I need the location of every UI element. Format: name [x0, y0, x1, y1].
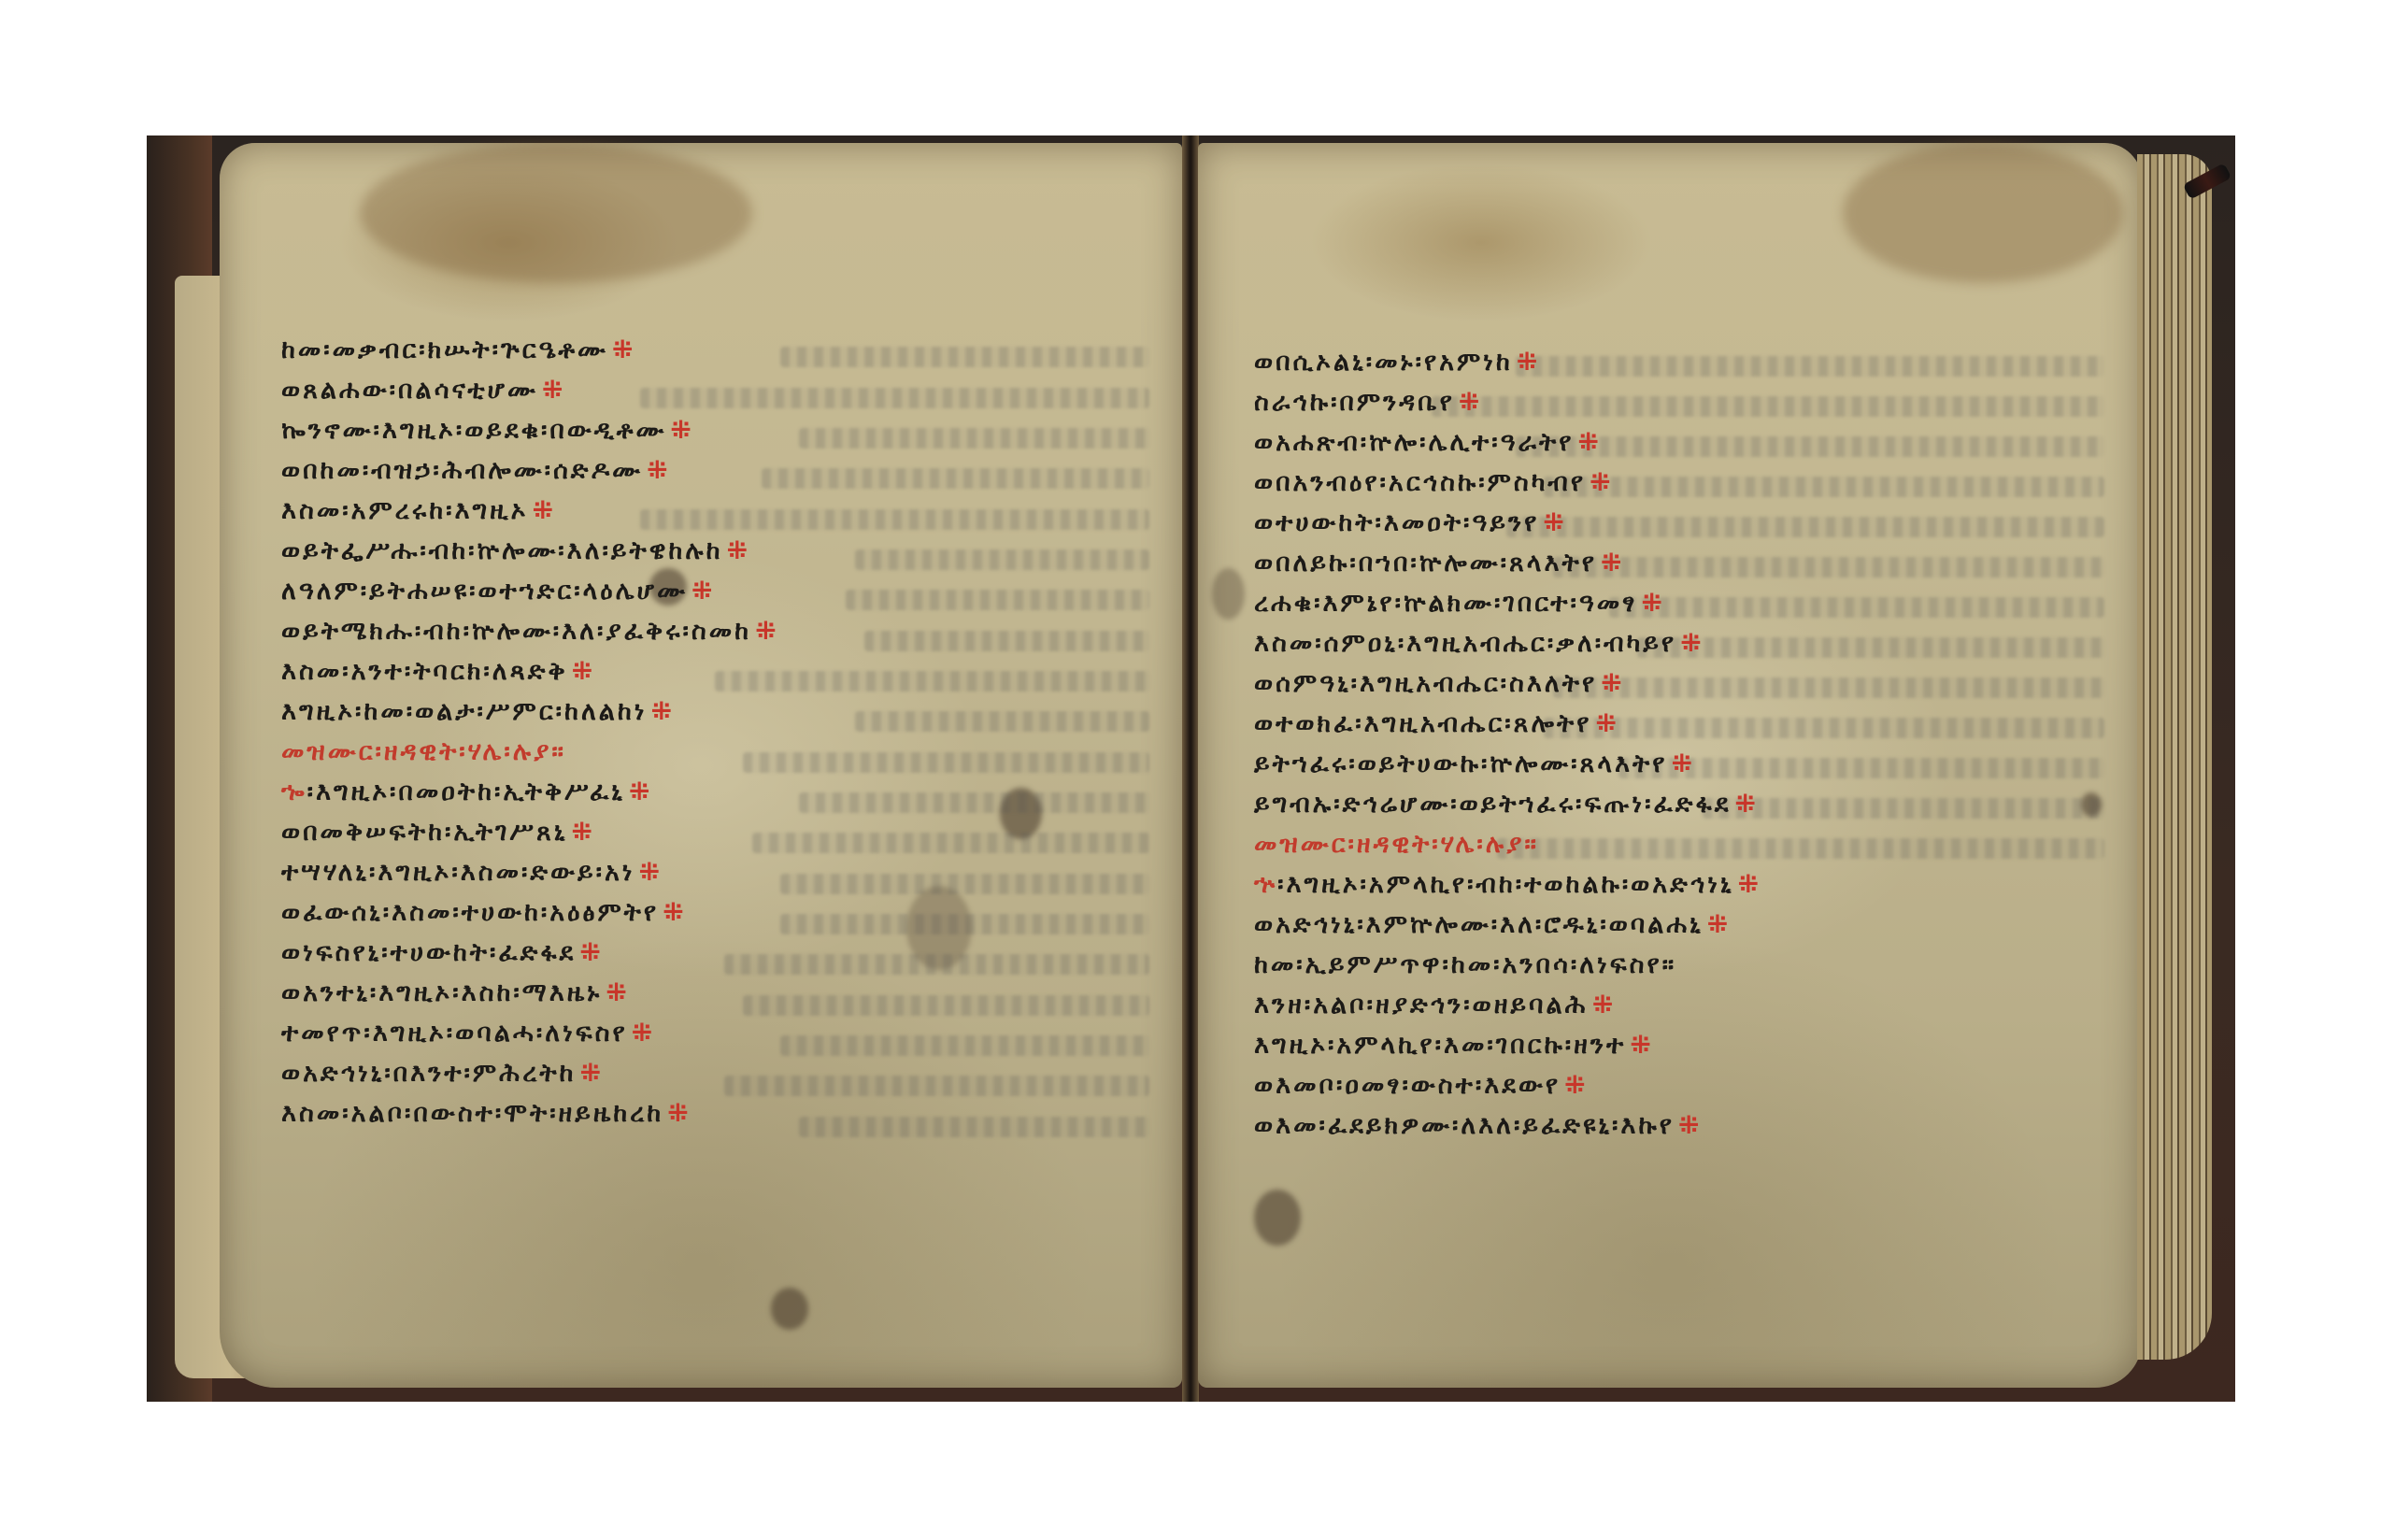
text-line: ተሣሃለኒ፡እግዚኦ፡እስመ፡ድውይ፡አነ⁜: [281, 857, 663, 889]
text-line: ከመ፡ኢይምሥጥዋ፡ከመ፡አንበሳ፡ለነፍስየ።: [1254, 949, 1676, 981]
bleed-through-text: [799, 1117, 1149, 1137]
text-line: ወእመቦ፡ዐመፃ፡ውስተ፡እደውየ⁜: [1254, 1070, 1589, 1102]
text-line: እግዚኦ፡ከመ፡ወልታ፡ሥምር፡ከለልከነ⁜: [281, 696, 675, 728]
bleed-through-text: [1432, 396, 2104, 417]
verse-divider-icon: ⁜: [651, 697, 676, 726]
stacked-page-edges: [2137, 154, 2212, 1360]
bleed-through-text: [743, 752, 1149, 773]
bleed-through-text: [1609, 597, 2104, 618]
bleed-through-text: [855, 549, 1149, 570]
verse-divider-icon: ⁜: [533, 496, 557, 525]
verse-divider-icon: ⁜: [1734, 790, 1759, 819]
text-line: እስመ፡አንተ፡ትባርክ፡ለጻድቅ⁜: [281, 656, 595, 688]
bleed-through-text: [1516, 436, 2104, 457]
verse-divider-icon: ⁜: [670, 416, 694, 445]
bleed-through-text: [855, 711, 1149, 732]
bleed-through-text: [780, 1035, 1149, 1056]
verse-divider-icon: ⁜: [606, 978, 630, 1007]
text-line: ለዓለም፡ይትሐሠዩ፡ወተኀድር፡ላዕሌሆሙ⁜: [281, 576, 716, 607]
bleed-through-text: [724, 1076, 1149, 1096]
bleed-through-text: [762, 468, 1149, 489]
text-line: እስመ፡ሰምዐኒ፡እግዚአብሔር፡ቃለ፡ብካይየ⁜: [1254, 628, 1704, 660]
verse-divider-icon: ⁜: [663, 898, 687, 927]
book-gutter: [1182, 135, 1199, 1402]
verse-divider-icon: ⁜: [1630, 1031, 1654, 1060]
verse-divider-icon: ⁜: [579, 1059, 604, 1088]
verse-divider-icon: ⁜: [1459, 388, 1483, 417]
bleed-through-text: [1544, 477, 2104, 497]
bleed-through-text: [1637, 637, 2104, 658]
bleed-through-text: [780, 914, 1149, 934]
ink-spot: [771, 1288, 808, 1330]
text-line: ወአድኅነኒ፡በእንተ፡ምሕረትከ⁜: [281, 1058, 604, 1090]
verse-divider-icon: ⁜: [667, 1099, 691, 1128]
rubric-initial: ኍ: [1254, 870, 1277, 899]
verse-divider-icon: ⁜: [1707, 910, 1732, 939]
bleed-through-text: [846, 590, 1149, 610]
text-line: ወፈውሰኒ፡እስመ፡ተሀውከ፡አዕፅምትየ⁜: [281, 897, 687, 929]
text-line: እንዘ፡አልቦ፡ዘያድኅን፡ወዘይባልሕ⁜: [1254, 990, 1616, 1021]
text-line: ረሐቁ፡እምኔየ፡ኵልክሙ፡ገበርተ፡ዓመፃ⁜: [1254, 588, 1665, 620]
verse-divider-icon: ⁜: [1592, 991, 1617, 1020]
bleed-through-text: [799, 428, 1149, 449]
text-line: ወበመቅሠፍትከ፡ኢትገሥጸኒ⁜: [281, 817, 595, 848]
text-line: ወነፍስየኒ፡ተሀውከት፡ፈድፋደ⁜: [281, 937, 604, 969]
verse-divider-icon: ⁜: [1738, 870, 1762, 899]
verse-divider-icon: ⁜: [572, 657, 596, 686]
verse-divider-icon: ⁜: [612, 335, 636, 364]
text-line: ወይትፌሥሑ፡ብከ፡ኵሎሙ፡እለ፡ይትዌከሉከ⁜: [281, 535, 750, 567]
right-page: 6 ወበሲኦልኒ፡መኑ፡የአምነከ⁜ ስራኅኩ፡በምንዳቤየ⁜ ወአሐጽብ፡ኵሎ…: [1198, 143, 2142, 1388]
verse-divider-icon: ⁜: [632, 1019, 656, 1048]
text-line: ወበሲኦልኒ፡መኑ፡የአምነከ⁜: [1254, 347, 1540, 378]
text-line: ወአድኅነኒ፡እምኵሎሙ፡እለ፡ሮዱኒ፡ወባልሐኒ⁜: [1254, 909, 1731, 941]
ink-spot: [1254, 1190, 1301, 1246]
manuscript-photo: ከመ፡መቃብር፡ክሡት፡ጕርዔቶሙ⁜ ወጸልሐው፡በልሳናቲሆሙ⁜ ኰንኖሙ፡እ…: [147, 135, 2235, 1402]
bleed-through-text: [799, 792, 1149, 813]
text-line: ወአንተኒ፡እግዚኦ፡እስከ፡ማእዜኑ⁜: [281, 977, 630, 1009]
bleed-through-text: [640, 509, 1149, 530]
text-line: ወበለይኩ፡በኀበ፡ኵሎሙ፡ጸላእትየ⁜: [1254, 548, 1625, 579]
bleed-through-text: [1553, 557, 2104, 577]
bleed-through-text: [1553, 677, 2104, 698]
verse-divider-icon: ⁜: [1671, 749, 1695, 778]
ink-spot: [1212, 568, 1245, 620]
text-line: ወሰምዓኒ፡እግዚአብሔር፡ስእለትየ⁜: [1254, 668, 1625, 700]
bleed-through-text: [640, 388, 1149, 408]
verse-divider-icon: ⁜: [542, 376, 566, 405]
text-line: ኰንኖሙ፡እግዚኦ፡ወይደቁ፡በውዲቶሙ⁜: [281, 415, 694, 447]
verse-divider-icon: ⁜: [1564, 1071, 1589, 1100]
verse-divider-icon: ⁜: [1678, 1111, 1703, 1140]
verse-divider-icon: ⁜: [629, 777, 653, 806]
verse-divider-icon: ⁜: [1577, 428, 1602, 457]
bleed-through-text: [864, 631, 1149, 651]
water-stain: [360, 143, 752, 283]
text-line: እግዚኦ፡አምላኪየ፡እመ፡ገበርኩ፡ዘንተ⁜: [1254, 1030, 1654, 1062]
verse-divider-icon: ⁜: [647, 456, 671, 485]
text-line: ኈ፡እግዚኦ፡በመዐትከ፡ኢትቅሥፈኒ⁜: [281, 777, 652, 808]
bleed-through-text: [1506, 517, 2104, 537]
verse-divider-icon: ⁜: [1601, 549, 1625, 577]
rubric-initial: ኈ: [281, 777, 307, 806]
verse-divider-icon: ⁜: [639, 858, 663, 887]
verse-divider-icon: ⁜: [1595, 709, 1619, 738]
text-line: ተመየጥ፡እግዚኦ፡ወባልሓ፡ለነፍስየ⁜: [281, 1018, 655, 1049]
bleed-through-text: [780, 347, 1149, 367]
text-line: ይግብኡ፡ድኅሬሆሙ፡ወይትኀፈሩ፡ፍጡነ፡ፈድፋደ⁜: [1254, 789, 1759, 820]
verse-divider-icon: ⁜: [1517, 348, 1541, 377]
bleed-through-text: [1497, 838, 2104, 859]
text-line: ወበከመ፡ብዝኃ፡ሕብሎሙ፡ሰድዶሙ⁜: [281, 455, 671, 487]
verse-divider-icon: ⁜: [1601, 669, 1625, 698]
verse-divider-icon: ⁜: [1590, 468, 1614, 497]
verse-divider-icon: ⁜: [571, 818, 595, 847]
text-line: ይትኀፈሩ፡ወይትሀውኩ፡ኵሎሙ፡ጸላእትየ⁜: [1254, 749, 1695, 780]
text-line: ወተሀውከት፡እመዐት፡ዓይንየ⁜: [1254, 507, 1567, 539]
text-line: ወበአንብዕየ፡አርኅስኩ፡ምስካብየ⁜: [1254, 467, 1614, 499]
verse-divider-icon: ⁜: [727, 536, 751, 565]
verse-divider-icon: ⁜: [1543, 508, 1567, 537]
verse-divider-icon: ⁜: [755, 617, 779, 646]
verse-divider-icon: ⁜: [1641, 589, 1665, 618]
water-stain: [1843, 143, 2123, 283]
bleed-through-text: [724, 954, 1149, 975]
bleed-through-text: [752, 833, 1149, 853]
verse-divider-icon: ⁜: [579, 938, 604, 967]
bleed-through-text: [743, 995, 1149, 1016]
bleed-through-text: [1516, 356, 2104, 377]
text-line: ወይትሜክሑ፡ብከ፡ኵሎሙ፡እለ፡ያፈቅሩ፡ስመከ⁜: [281, 616, 779, 648]
text-line: ወጸልሐው፡በልሳናቲሆሙ⁜: [281, 375, 565, 406]
text-line: እስመ፡አምረሩከ፡እግዚኦ⁜: [281, 495, 556, 527]
verse-divider-icon: ⁜: [1680, 629, 1704, 658]
rubric-heading: መዝሙር፡ዘዳዊት፡ሃሌ፡ሉያ።: [281, 736, 566, 768]
text-line: ወአሐጽብ፡ኵሎ፡ሌሊተ፡ዓራትየ⁜: [1254, 427, 1602, 459]
text-line: ኍ፡እግዚኦ፡አምላኪየ፡ብከ፡ተወከልኩ፡ወአድኅነኒ⁜: [1254, 869, 1761, 901]
bleed-through-text: [715, 671, 1149, 692]
bleed-through-text: [1544, 718, 2104, 738]
text-line: ከመ፡መቃብር፡ክሡት፡ጕርዔቶሙ⁜: [281, 335, 636, 366]
text-line: ወተወክፈ፡እግዚአብሔር፡ጸሎትየ⁜: [1254, 708, 1619, 740]
verse-divider-icon: ⁜: [691, 577, 716, 606]
bleed-through-text: [1703, 798, 2104, 819]
bleed-through-text: [780, 874, 1149, 894]
text-line: ወእመ፡ፈደይክዎሙ፡ለእለ፡ይፈድዩኒ፡እኩየ⁜: [1254, 1110, 1703, 1142]
text-line: ስራኅኩ፡በምንዳቤየ⁜: [1254, 387, 1482, 419]
rubric-heading: መዝሙር፡ዘዳዊት፡ሃሌ፡ሉያ።: [1254, 829, 1539, 861]
text-line: እስመ፡አልቦ፡በውስተ፡ሞት፡ዘይዜከረከ⁜: [281, 1098, 691, 1130]
left-page: ከመ፡መቃብር፡ክሡት፡ጕርዔቶሙ⁜ ወጸልሐው፡በልሳናቲሆሙ⁜ ኰንኖሙ፡እ…: [220, 143, 1182, 1388]
